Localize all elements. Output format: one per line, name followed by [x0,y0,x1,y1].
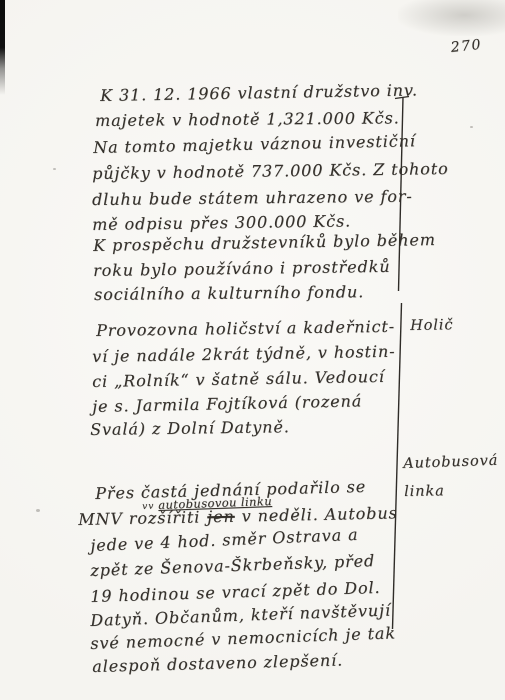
margin-note-barber: Holič [410,317,454,334]
handwritten-line: dluhu bude státem uhrazeno ve for- [92,187,413,209]
handwritten-line: zpět ze Šenova-Škrbeňsky, před [90,551,375,580]
scan-speck [53,168,56,170]
handwritten-line: K prospěchu družstevníků bylo během [93,230,436,255]
handwritten-line: Na tomto majetku váznou investiční [93,131,416,157]
handwritten-line: mě odpisu přes 300.000 Kčs. [92,211,351,234]
scan-edge-artifact [0,0,5,95]
scan-smudge [398,0,505,36]
handwritten-line: alespoň dostaveno zlepšení. [92,650,343,676]
handwritten-line: Provozovna holičství a kadeřnict- [96,317,395,340]
handwritten-line: sociálního a kulturního fondu. [94,282,364,304]
handwritten-line: půjčky v hodnotě 737.000 Kčs. Z tohoto [92,159,449,183]
handwritten-line: roku bylo používáno i prostředků [93,257,391,280]
struck-word: jen [207,507,235,527]
line-text-after: v neděli. Autobus [241,503,397,525]
page-number: 270 [450,37,483,56]
handwritten-line: jede ve 4 hod. směr Ostrava a [90,525,359,555]
handwritten-line: ci „Rolník“ v šatně sálu. Vedoucí [92,367,385,391]
scan-speck [470,126,473,128]
margin-note-bus-line-word1: Autobusová [403,453,499,472]
handwritten-line: ví je nadále 2krát týdně, v hostin- [92,342,396,366]
handwritten-line: je s. Jarmila Fojtíková (rozená [92,391,362,416]
chronicle-scan-page: 270 K 31. 12. 1966 vlastní družstvo inv.… [0,0,505,700]
scan-speck [36,509,40,512]
handwritten-line: K 31. 12. 1966 vlastní družstvo inv. [100,80,418,105]
margin-note-bus-line-word2: linka [404,483,445,500]
handwritten-line: majetek v hodnotě 1,321.000 Kčs. [95,108,400,130]
handwritten-line: Svalá) z Dolní Datyně. [90,417,290,439]
line-text-before: MNV rozšířiti [78,507,200,529]
